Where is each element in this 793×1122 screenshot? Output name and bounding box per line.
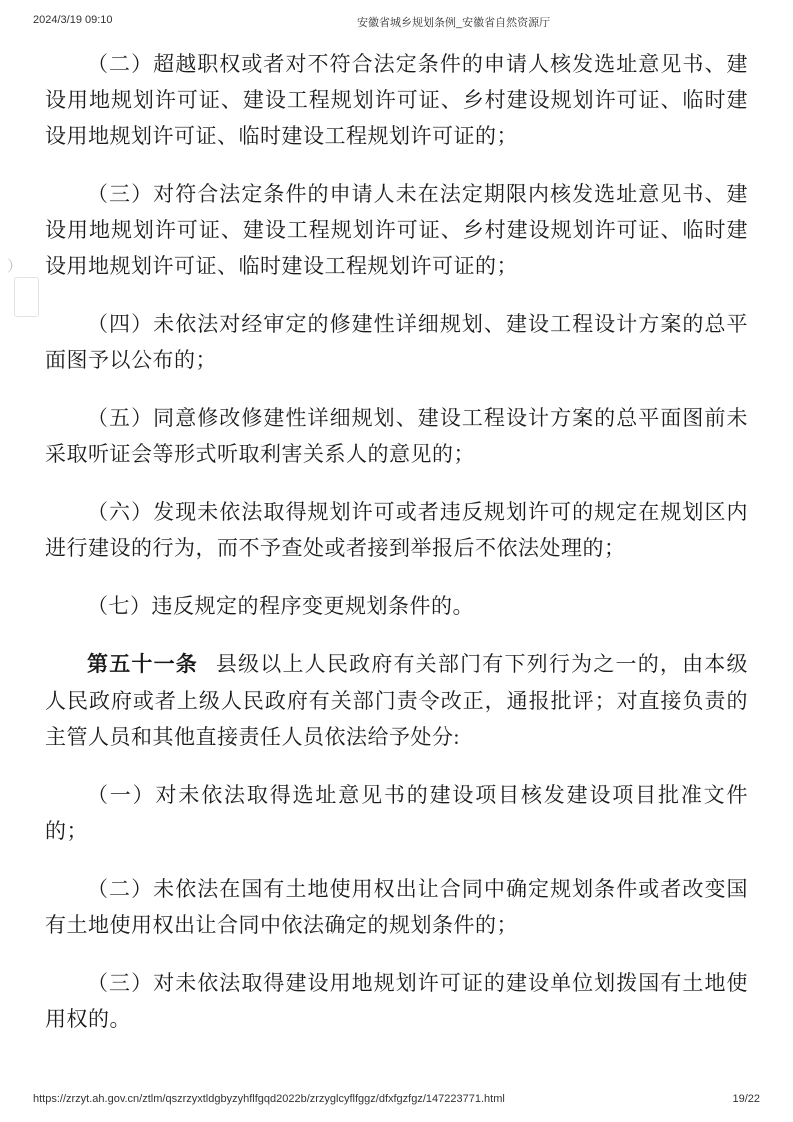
article-number: 第五十一条 — [87, 653, 216, 676]
article-51-item-3: （三）对未依法取得建设用地规划许可证的建设单位划拨国有土地使用权的。 — [45, 965, 748, 1037]
legal-clause-item-5: （五）同意修改修建性详细规划、建设工程设计方案的总平面图前未采取听证会等形式听取… — [45, 400, 748, 472]
legal-clause-item-3: （三）对符合法定条件的申请人未在法定期限内核发选址意见书、建设用地规划许可证、建… — [45, 176, 748, 284]
print-artifact-box — [14, 277, 39, 317]
legal-clause-item-7: （七）违反规定的程序变更规划条件的。 — [45, 588, 748, 624]
print-footer: https://zrzyt.ah.gov.cn/ztlm/qszrzyxtldg… — [0, 1093, 793, 1109]
legal-clause-item-2: （二）超越职权或者对不符合法定条件的申请人核发选址意见书、建设用地规划许可证、建… — [45, 46, 748, 154]
print-artifact-glyph: ） — [7, 255, 22, 276]
article-51-paragraph: 第五十一条县级以上人民政府有关部门有下列行为之一的，由本级人民政府或者上级人民政… — [45, 646, 748, 755]
legal-clause-item-6: （六）发现未依法取得规划许可或者违反规划许可的规定在规划区内进行建设的行为，而不… — [45, 494, 748, 566]
legal-clause-item-4: （四）未依法对经审定的修建性详细规划、建设工程设计方案的总平面图予以公布的； — [45, 306, 748, 378]
print-preview-page: 2024/3/19 09:10 安徽省城乡规划条例_安徽省自然资源厅 （二）超越… — [0, 0, 793, 1122]
article-51-item-2: （二）未依法在国有土地使用权出让合同中确定规划条件或者改变国有土地使用权出让合同… — [45, 871, 748, 943]
source-url: https://zrzyt.ah.gov.cn/ztlm/qszrzyxtldg… — [33, 1093, 505, 1105]
page-number-indicator: 19/22 — [732, 1093, 760, 1105]
article-51-item-1: （一）对未依法取得选址意见书的建设项目核发建设项目批准文件的； — [45, 777, 748, 849]
document-body: （二）超越职权或者对不符合法定条件的申请人核发选址意见书、建设用地规划许可证、建… — [45, 24, 748, 1037]
